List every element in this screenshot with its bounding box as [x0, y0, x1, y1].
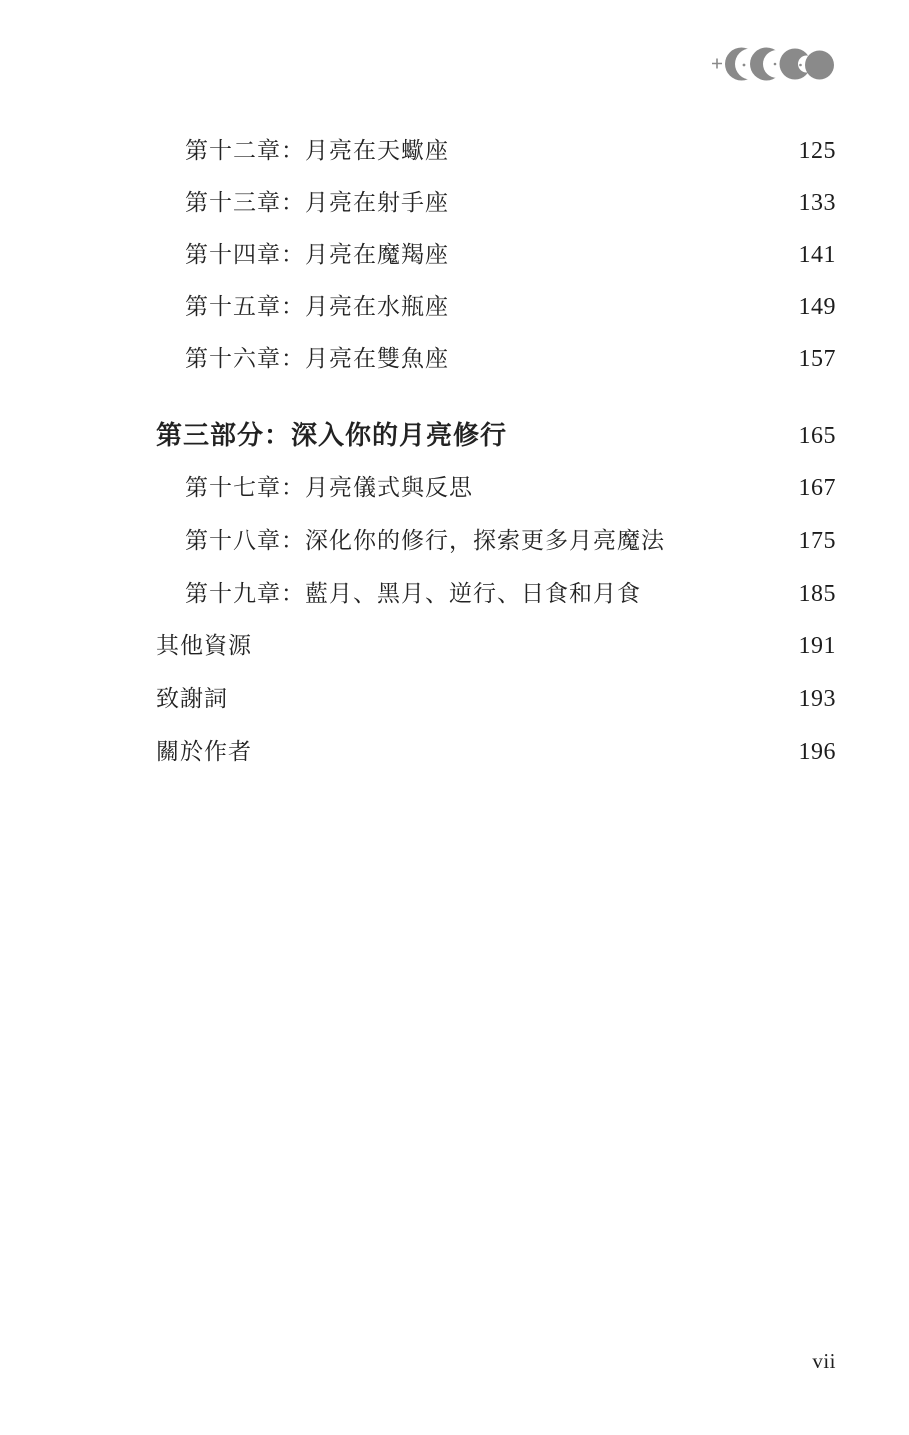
toc-entry-label: 第十二章：月亮在天蠍座: [185, 136, 449, 166]
toc-entry: 第十五章：月亮在水瓶座 149: [185, 292, 836, 322]
toc-entry-label: 第十五章：月亮在水瓶座: [185, 292, 449, 322]
toc-entry: 第十九章：藍月、黑月、逆行、日食和月食 185: [185, 579, 836, 609]
toc-entry-page-number: 193: [799, 684, 837, 714]
toc-entry: 其他資源 191: [156, 631, 836, 661]
toc-entry: 第十七章：月亮儀式與反思 167: [185, 473, 836, 503]
toc-entry: 關於作者 196: [156, 737, 836, 767]
toc-entry-label: 第十七章：月亮儀式與反思: [185, 473, 473, 503]
toc-entry-page-number: 149: [799, 292, 837, 322]
toc-entry: 第十六章：月亮在雙魚座 157: [185, 344, 836, 374]
moon-phases-icon: [703, 40, 843, 90]
toc-entry: 第十二章：月亮在天蠍座 125: [185, 136, 836, 166]
toc-entry-page-number: 141: [799, 240, 837, 270]
toc-entry-page-number: 125: [799, 136, 837, 166]
toc-entry-page-number: 133: [799, 188, 837, 218]
toc-entry-label: 第十六章：月亮在雙魚座: [185, 344, 449, 374]
toc-section-heading-label: 第三部分：深入你的月亮修行: [156, 421, 507, 451]
toc-entry: 第十三章：月亮在射手座 133: [185, 188, 836, 218]
toc-entry: 第十四章：月亮在魔羯座 141: [185, 240, 836, 270]
toc-entry: 第十八章：深化你的修行，探索更多月亮魔法 175: [185, 526, 836, 556]
toc-entry-label: 第十三章：月亮在射手座: [185, 188, 449, 218]
toc-entry-label: 第十四章：月亮在魔羯座: [185, 240, 449, 270]
toc-entry-label: 第十八章：深化你的修行，探索更多月亮魔法: [185, 526, 665, 556]
toc-entry-label: 致謝詞: [156, 684, 228, 714]
toc-entry-page-number: 167: [799, 473, 837, 503]
toc-entry-label: 關於作者: [156, 737, 252, 767]
toc-entry-page-number: 157: [799, 344, 837, 374]
book-toc-page: 第十二章：月亮在天蠍座 125 第十三章：月亮在射手座 133 第十四章：月亮在…: [0, 0, 909, 1435]
toc-section-heading: 第三部分：深入你的月亮修行 165: [156, 419, 836, 453]
toc-entry-label: 第十九章：藍月、黑月、逆行、日食和月食: [185, 579, 641, 609]
toc-entry-label: 其他資源: [156, 631, 252, 661]
toc-section-page-number: 165: [799, 421, 837, 451]
toc-entry-page-number: 185: [799, 579, 837, 609]
toc-entry-page-number: 191: [799, 631, 837, 661]
toc-entry-page-number: 196: [799, 737, 837, 767]
toc-entry-page-number: 175: [799, 526, 837, 556]
toc-entry: 致謝詞 193: [156, 684, 836, 714]
page-folio: vii: [812, 1349, 836, 1374]
